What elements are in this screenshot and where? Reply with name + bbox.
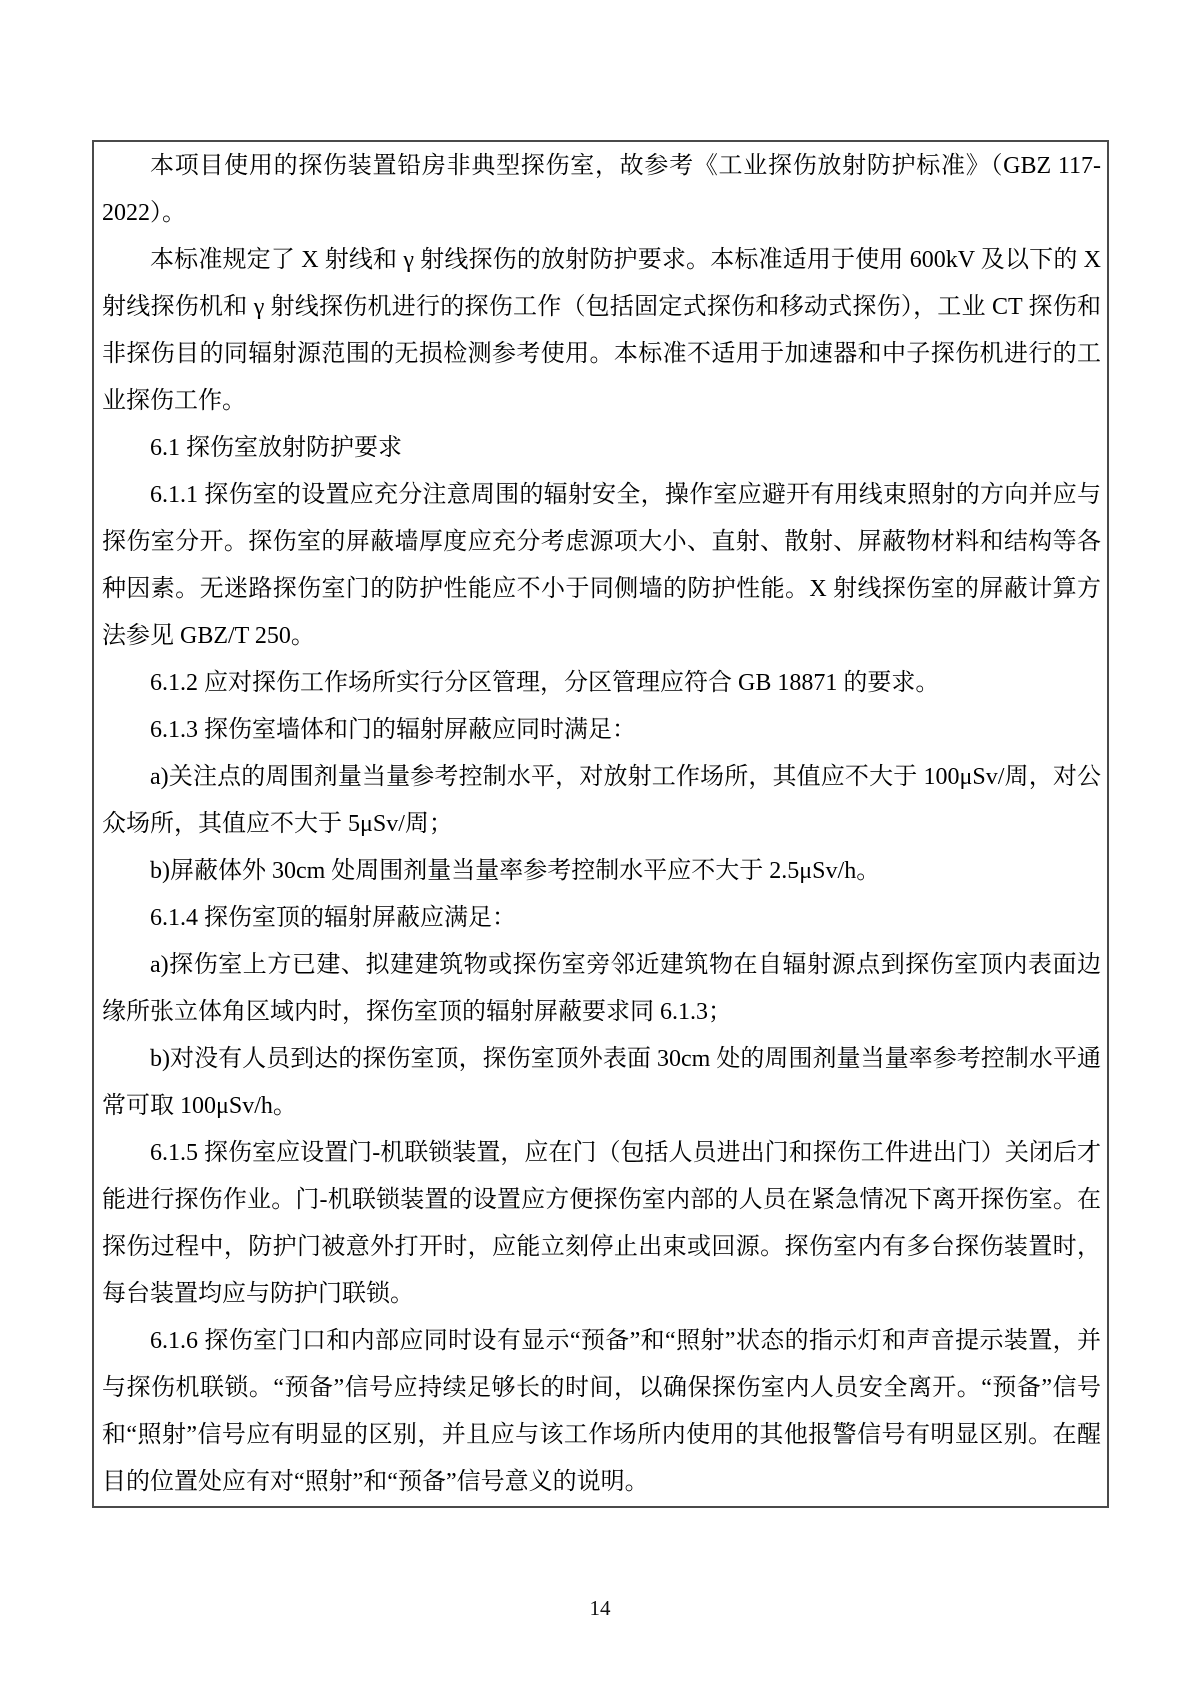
paragraph: a)探伤室上方已建、拟建建筑物或探伤室旁邻近建筑物在自辐射源点到探伤室顶内表面边… xyxy=(102,942,1101,1036)
paragraph: 6.1.3 探伤室墙体和门的辐射屏蔽应同时满足： xyxy=(102,707,1101,754)
page-number: 14 xyxy=(0,1596,1200,1621)
paragraph: b)对没有人员到达的探伤室顶，探伤室顶外表面 30cm 处的周围剂量当量率参考控… xyxy=(102,1036,1101,1130)
bordered-text-block: 本项目使用的探伤装置铅房非典型探伤室，故参考《工业探伤放射防护标准》（GBZ 1… xyxy=(92,140,1109,1508)
paragraph: 6.1.5 探伤室应设置门-机联锁装置，应在门（包括人员进出门和探伤工件进出门）… xyxy=(102,1130,1101,1318)
paragraph: 6.1.2 应对探伤工作场所实行分区管理，分区管理应符合 GB 18871 的要… xyxy=(102,660,1101,707)
paragraph: b)屏蔽体外 30cm 处周围剂量当量率参考控制水平应不大于 2.5μSv/h。 xyxy=(102,848,1101,895)
document-page: 本项目使用的探伤装置铅房非典型探伤室，故参考《工业探伤放射防护标准》（GBZ 1… xyxy=(0,0,1200,1697)
paragraph: 6.1.6 探伤室门口和内部应同时设有显示“预备”和“照射”状态的指示灯和声音提… xyxy=(102,1318,1101,1506)
paragraph: 6.1.1 探伤室的设置应充分注意周围的辐射安全，操作室应避开有用线束照射的方向… xyxy=(102,472,1101,660)
paragraph: 6.1 探伤室放射防护要求 xyxy=(102,425,1101,472)
paragraph: 本项目使用的探伤装置铅房非典型探伤室，故参考《工业探伤放射防护标准》（GBZ 1… xyxy=(102,143,1101,237)
paragraph: 本标准规定了 X 射线和 γ 射线探伤的放射防护要求。本标准适用于使用 600k… xyxy=(102,237,1101,425)
paragraph: 6.1.4 探伤室顶的辐射屏蔽应满足： xyxy=(102,895,1101,942)
paragraph: a)关注点的周围剂量当量参考控制水平，对放射工作场所，其值应不大于 100μSv… xyxy=(102,754,1101,848)
